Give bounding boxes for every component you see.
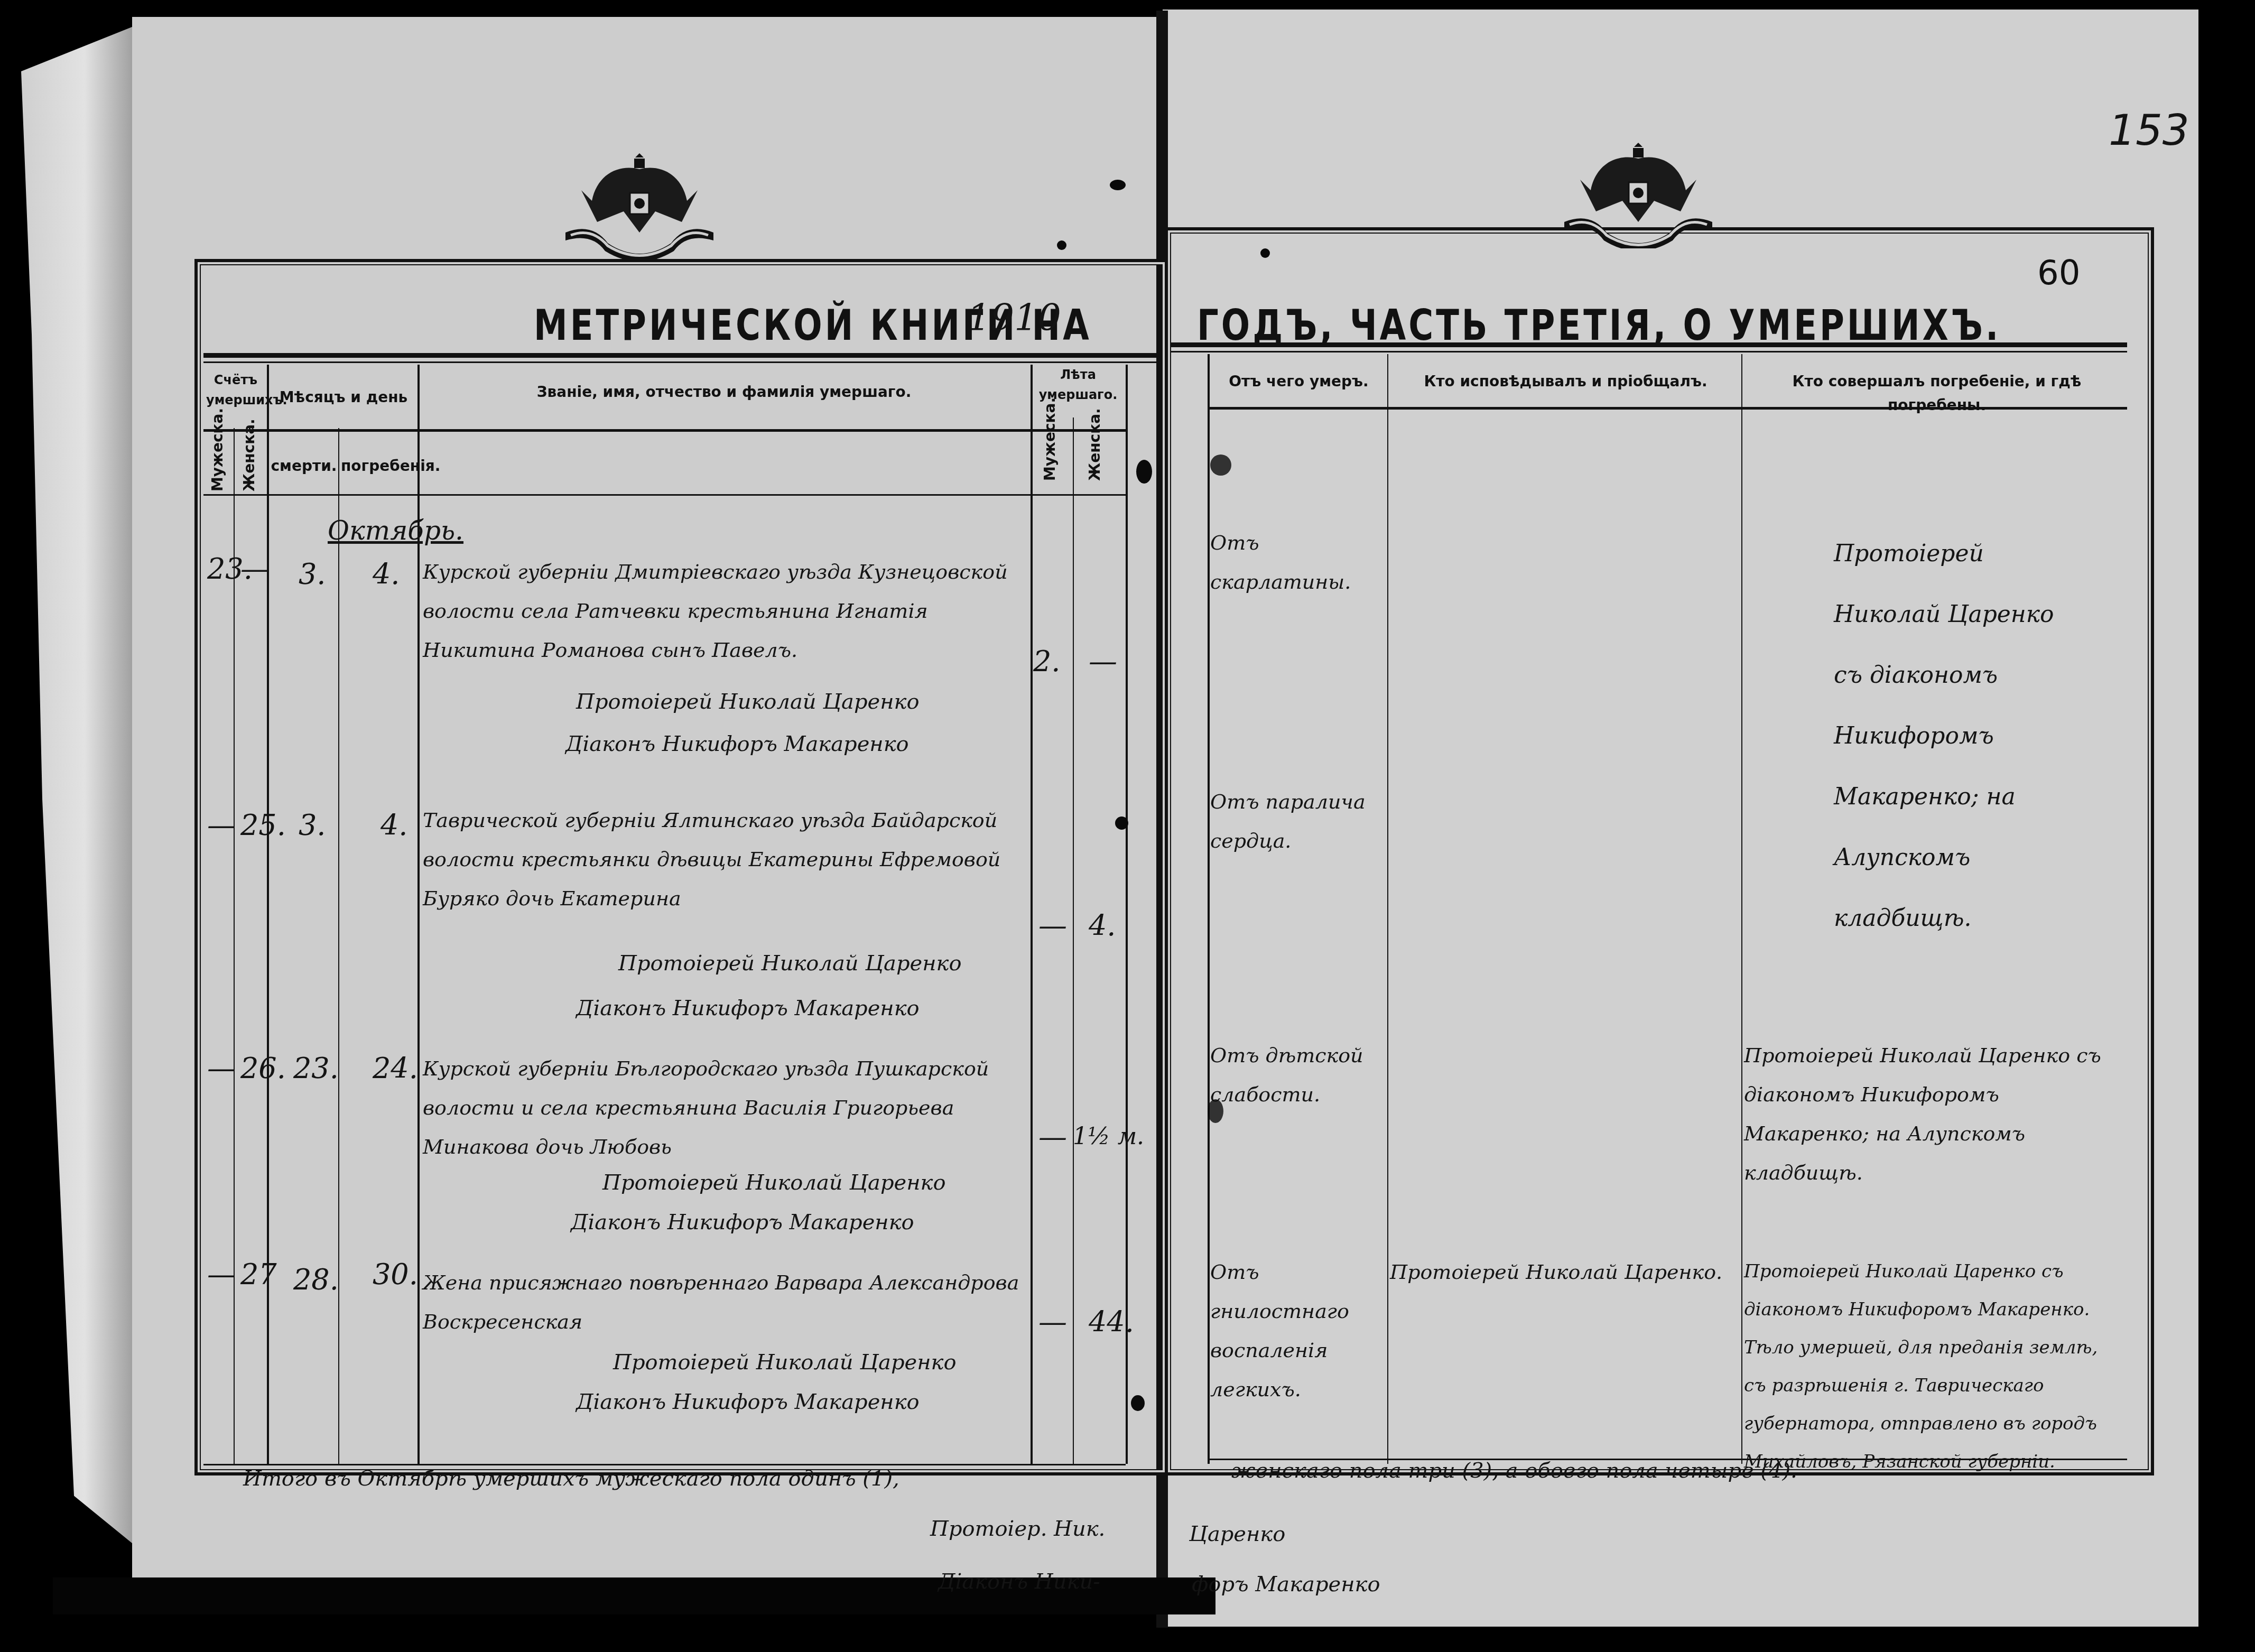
- entry-3-burial-by: Протоіерей Николай Царенко съ діакономъ …: [1744, 1036, 2124, 1192]
- entry-3-signature-deacon: Діаконъ Никифоръ Макаренко: [571, 1210, 914, 1235]
- header-count-female: Женска.: [240, 439, 258, 491]
- summary-signature-priest-left: Протоіер. Ник.: [930, 1517, 1105, 1541]
- header-month-day: Мѣсяцъ и день: [270, 386, 417, 410]
- register-year: 1910: [967, 296, 1061, 339]
- entry-3-male-no: —: [207, 1052, 236, 1085]
- binding-stitch-icon: [1210, 454, 1231, 476]
- entry-1-signature-priest: Протоіерей Николай Царенко: [576, 690, 920, 714]
- entry-4-burial-day: 30.: [373, 1258, 418, 1291]
- entry-2-male-no: —: [207, 809, 236, 842]
- entry-2-name: Таврической губерніи Ялтинскаго уѣзда Ба…: [423, 801, 1025, 918]
- entry-2-age-male: —: [1038, 909, 1067, 942]
- col-sep: [1387, 354, 1388, 1464]
- col-sep: [338, 428, 339, 1464]
- printed-page-number: 60: [2037, 254, 2080, 293]
- header-age-female: Женска.: [1086, 423, 1103, 481]
- entry-2-age-female: 4.: [1089, 909, 1116, 942]
- entry-3-cause: Отъ дѣтской слабости.: [1210, 1036, 1379, 1114]
- header-burial-by: Кто совершалъ погребеніе, и гдѣ погребен…: [1744, 370, 2130, 417]
- entry-3-age-female: 1½ м.: [1073, 1123, 1144, 1150]
- entry-3-age-male: —: [1038, 1120, 1067, 1154]
- imperial-eagle-crest-right-icon: [1559, 132, 1718, 248]
- header-divider: [203, 429, 1126, 432]
- col-sep: [1126, 365, 1128, 1464]
- entry-4-female-no: 27: [240, 1258, 277, 1291]
- archive-folio-number: 153: [2109, 106, 2189, 155]
- header-death: смерти.: [270, 454, 338, 478]
- imperial-eagle-crest-left-icon: [560, 143, 719, 259]
- entry-4-signature-deacon: Діаконъ Никифоръ Макаренко: [576, 1390, 920, 1414]
- entry-3-signature-priest: Протоіерей Николай Царенко: [602, 1171, 946, 1195]
- binding-stitch-icon: [1131, 1395, 1145, 1411]
- entry-4-signature-priest: Протоіерей Николай Царенко: [613, 1350, 957, 1375]
- entry-1-burial-by: Протоіерей Николай Царенко съ діакономъ …: [1834, 523, 2087, 949]
- entry-1-age-male: 2.: [1033, 645, 1061, 678]
- binding-stitch-icon: [1115, 816, 1128, 830]
- col-sep: [1073, 417, 1074, 1464]
- entry-4-death-day: 28.: [293, 1263, 339, 1296]
- entry-1-name: Курской губерніи Дмитріевскаго уѣзда Куз…: [423, 552, 1025, 670]
- summary-right: женскаго пола три (3), а обоего пола чет…: [1231, 1459, 1797, 1483]
- entry-4-male-no: —: [207, 1258, 236, 1291]
- binding-stitch-icon: [1057, 240, 1066, 250]
- header-count-deceased: Счётъ умершихъ.: [206, 370, 265, 411]
- col-sep: [1741, 354, 1742, 1464]
- entry-1-cause: Отъ скарлатины.: [1210, 523, 1379, 601]
- header-name: Званіе, имя, отчество и фамилія умершаго…: [423, 380, 1025, 404]
- entry-4-name: Жена присяжнаго повѣреннаго Варвара Алек…: [423, 1263, 1025, 1341]
- entry-4-confessor: Протоіерей Николай Царенко.: [1390, 1252, 1733, 1292]
- entry-3-burial-day: 24.: [373, 1052, 418, 1085]
- entry-2-death-day: 3.: [299, 809, 326, 842]
- summary-signature-deacon-right: форъ Макаренко: [1192, 1572, 1380, 1597]
- entry-1-burial-day: 4.: [373, 558, 400, 591]
- header-rule-left: [203, 353, 1157, 358]
- month-label: Октябрь.: [328, 515, 463, 546]
- binding-stitch-icon: [1208, 1099, 1223, 1123]
- entry-1-age-female: —: [1089, 645, 1117, 678]
- entry-1-death-day: 3.: [299, 558, 326, 591]
- header-burial: погребенія.: [341, 454, 417, 478]
- header-confessor: Кто исповѣдывалъ и пріобщалъ.: [1390, 370, 1741, 394]
- header-count-male: Мужеска.: [209, 439, 226, 491]
- entry-2-burial-day: 4.: [381, 809, 408, 842]
- binding-stitch-icon: [1136, 460, 1152, 484]
- entry-2-female-no: 25.: [240, 809, 286, 842]
- header-bottom: [203, 494, 1126, 496]
- header-age-male: Мужеска.: [1041, 423, 1059, 481]
- entry-2-signature-priest: Протоіерей Николай Царенко: [618, 951, 962, 976]
- summary-rule: [203, 1464, 1126, 1465]
- summary-left: Итого въ Октябрѣ умершихъ мужескаго пола…: [243, 1467, 899, 1491]
- col-sep: [1208, 354, 1210, 1464]
- entry-4-cause: Отъ гнилостнаго воспаленія легкихъ.: [1210, 1252, 1379, 1409]
- col-sep: [1031, 365, 1033, 1464]
- header-rule-right-2: [1171, 351, 2127, 352]
- header-rule-left-2: [203, 361, 1157, 363]
- entry-3-name: Курской губерніи Бѣлгородскаго уѣзда Пуш…: [423, 1049, 1025, 1166]
- binding-stitch-icon: [1260, 248, 1270, 258]
- entry-2-cause: Отъ паралича сердца.: [1210, 782, 1379, 860]
- entry-4-age-female: 44.: [1089, 1305, 1134, 1339]
- summary-signature-priest-right: Царенко: [1189, 1522, 1285, 1546]
- entry-3-female-no: 26.: [240, 1052, 286, 1085]
- summary-signature-deacon-left: Діаконъ Ники-: [938, 1570, 1100, 1594]
- entry-4-burial-by: Протоіерей Николай Царенко съ діакономъ …: [1744, 1252, 2124, 1481]
- header-cause: Отъ чего умеръ.: [1210, 370, 1387, 394]
- entry-4-age-male: —: [1038, 1305, 1067, 1339]
- entry-2-signature-deacon: Діаконъ Никифоръ Макаренко: [576, 996, 920, 1020]
- entry-1-female-no: —: [240, 552, 269, 586]
- binding-stitch-icon: [1110, 180, 1126, 190]
- header-rule-right: [1171, 342, 2127, 347]
- entry-1-signature-deacon: Діаконъ Никифоръ Макаренко: [565, 732, 909, 756]
- entry-3-death-day: 23.: [293, 1052, 339, 1085]
